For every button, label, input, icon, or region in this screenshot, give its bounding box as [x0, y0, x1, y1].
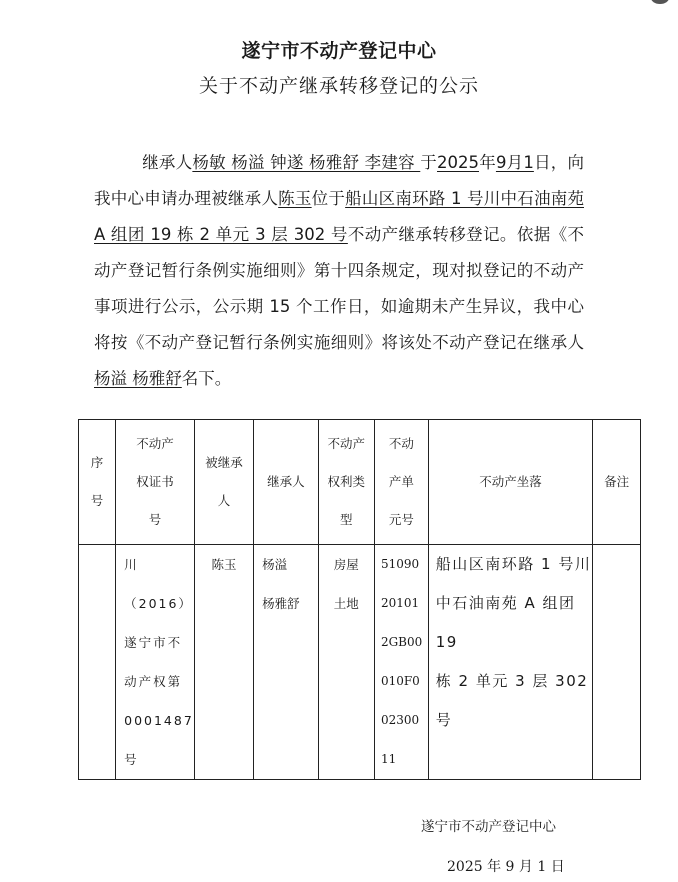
header-right-type-line: 不动产 [319, 425, 374, 463]
right-type-line: 房屋 [319, 545, 374, 584]
header-deceased: 被继承 人 [194, 420, 253, 545]
document-title: 遂宁市不动产登记中心 [0, 36, 678, 63]
cert-line: 0001487 [124, 701, 194, 740]
final-heirs: 杨溢 杨雅舒 [94, 369, 182, 388]
header-cert-line: 号 [116, 501, 194, 539]
header-cert: 不动产 权证书 号 [116, 420, 195, 545]
heirs-all: 杨敏 杨溢 钟遂 杨雅舒 李建容 [192, 153, 420, 172]
corner-artifact [651, 0, 669, 4]
cell-remarks [593, 545, 641, 780]
legal-basis-text: 不动产继承转移登记。依据《不动产登记暂行条例实施细则》第十四条规定，现对拟登记的… [94, 225, 584, 352]
table-row: 川（2016） 遂宁市不 动产权第 0001487 号 陈玉 杨溢 杨雅舒 房屋… [79, 545, 641, 780]
right-type-line: 土地 [319, 584, 374, 623]
day-char: 日， [534, 153, 568, 172]
heirs-label: 继承人 [142, 153, 192, 172]
header-heirs-line: 继承人 [254, 463, 317, 501]
header-unit-no-line: 元号 [375, 501, 428, 539]
header-location: 不动产坐落 [428, 420, 592, 545]
signature-date: 2025 年 9 月 1 日 [447, 856, 565, 876]
cell-right-type: 房屋 土地 [318, 545, 374, 780]
header-unit-no: 不动 产单 元号 [374, 420, 428, 545]
cell-cert: 川（2016） 遂宁市不 动产权第 0001487 号 [116, 545, 195, 780]
unit-no-line: 20101 [381, 584, 428, 623]
header-seq-line: 序 [79, 444, 115, 482]
header-location-line: 不动产坐落 [429, 463, 592, 501]
header-heirs: 继承人 [254, 420, 318, 545]
yu-text: 于 [420, 153, 437, 172]
table-header-row: 序 号 不动产 权证书 号 被继承 人 继承人 不动产 权利类 型 不动 [79, 420, 641, 545]
location-line: 中石油南苑 A 组团 19 [436, 584, 592, 662]
year-char: 年 [479, 153, 496, 172]
header-remarks-line: 备注 [593, 463, 640, 501]
cell-seq [79, 545, 116, 780]
cell-location: 船山区南环路 1 号川 中石油南苑 A 组团 19 栋 2 单元 3 层 302… [428, 545, 592, 780]
header-cert-line: 不动产 [116, 425, 194, 463]
cert-line: 川（2016） [124, 545, 194, 623]
unit-no-line: 2GB00 [381, 623, 428, 662]
location-line: 船山区南环路 1 号川 [436, 545, 592, 584]
header-right-type-line: 型 [319, 501, 374, 539]
located-at-text: 位于 [312, 189, 345, 208]
deceased-name: 陈玉 [278, 189, 311, 208]
header-unit-no-line: 产单 [375, 463, 428, 501]
header-right-type: 不动产 权利类 型 [318, 420, 374, 545]
header-deceased-line: 被继承 [195, 444, 253, 482]
header-deceased-line: 人 [195, 482, 253, 520]
unit-no-line: 010F0 [381, 662, 428, 701]
header-unit-no-line: 不动 [375, 425, 428, 463]
cell-deceased: 陈玉 [194, 545, 253, 780]
cert-line: 遂宁市不 [124, 623, 194, 662]
application-year: 2025 [437, 153, 479, 172]
notice-body: 继承人杨敏 杨溢 钟遂 杨雅舒 李建容 于2025年9月1日，向我中心申请办理被… [94, 145, 584, 397]
cert-line: 号 [124, 740, 194, 779]
cell-unit-no: 51090 20101 2GB00 010F0 02300 11 [374, 545, 428, 780]
heir-name: 杨雅舒 [262, 584, 317, 623]
heir-name: 杨溢 [262, 545, 317, 584]
cell-heirs: 杨溢 杨雅舒 [254, 545, 318, 780]
cert-line: 动产权第 [124, 662, 194, 701]
application-month-day: 9月1 [496, 153, 534, 172]
property-table: 序 号 不动产 权证书 号 被继承 人 继承人 不动产 权利类 型 不动 [78, 419, 641, 780]
unit-no-line: 51090 [381, 545, 428, 584]
closing-text: 名下。 [182, 369, 232, 388]
unit-no-line: 11 [381, 740, 428, 779]
header-remarks: 备注 [593, 420, 641, 545]
header-right-type-line: 权利类 [319, 463, 374, 501]
header-cert-line: 权证书 [116, 463, 194, 501]
unit-no-line: 02300 [381, 701, 428, 740]
header-seq-line: 号 [79, 482, 115, 520]
location-line: 栋 2 单元 3 层 302 号 [436, 662, 592, 740]
document-subtitle: 关于不动产继承转移登记的公示 [0, 71, 678, 98]
header-seq: 序 号 [79, 420, 116, 545]
signature-organization: 遂宁市不动产登记中心 [421, 815, 556, 835]
